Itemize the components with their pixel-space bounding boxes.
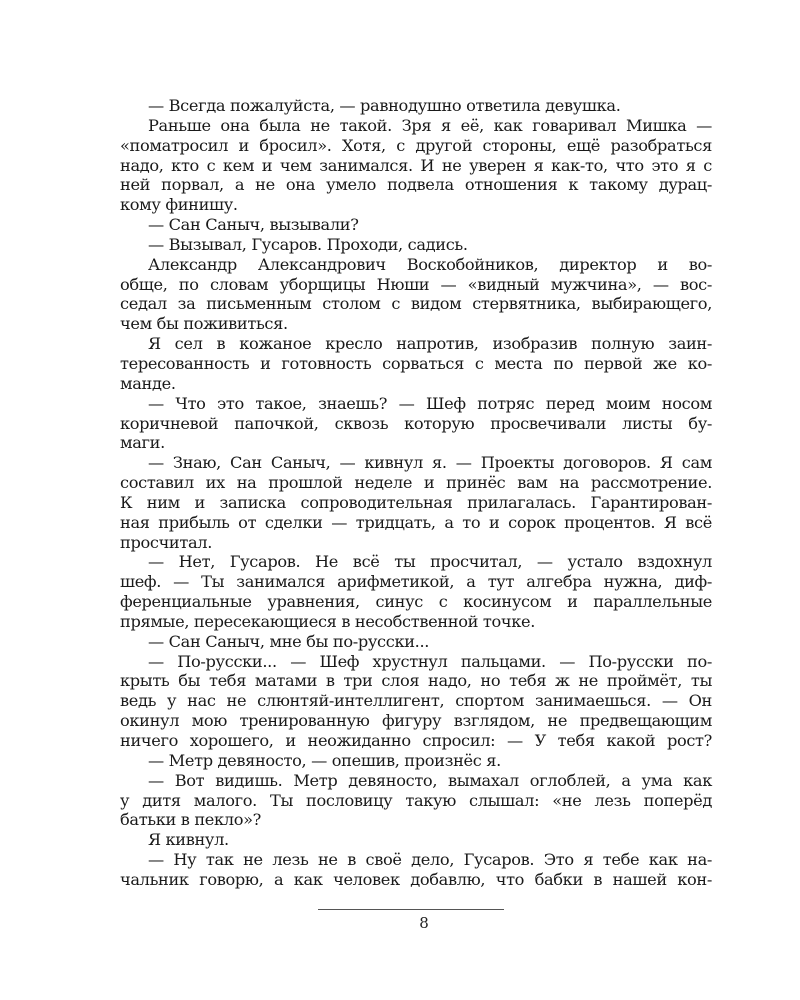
text-line: маги.: [120, 433, 712, 453]
paragraph-first-line: — Сан Саныч, мне бы по-русски...: [120, 632, 712, 652]
text-line: ная прибыль от сделки — тридцать, а то и…: [120, 513, 712, 533]
paragraph-first-line: — Что это такое, знаешь? — Шеф потряс пе…: [120, 394, 712, 414]
paragraph-first-line: — По-русски... — Шеф хрустнул пальцами. …: [120, 652, 712, 672]
text-line: прямые, пересекающиеся в несобственной т…: [120, 612, 712, 632]
text-line: ведь у нас не слюнтяй-интеллигент, спорт…: [120, 691, 712, 711]
paragraph-first-line: Я сел в кожаное кресло напротив, изобраз…: [120, 334, 712, 354]
text-line: батьки в пекло»?: [120, 810, 712, 830]
paragraph-first-line: Я кивнул.: [120, 830, 712, 850]
text-line: седал за письменным столом с видом стерв…: [120, 294, 712, 314]
text-line: составил их на прошлой неделе и принёс в…: [120, 473, 712, 493]
paragraph-first-line: — Вызывал, Гусаров. Проходи, садись.: [120, 235, 712, 255]
text-line: ней порвал, а не она умело подвела отнош…: [120, 175, 712, 195]
text-line: чальник говорю, а как человек добавлю, ч…: [120, 870, 712, 890]
text-line: тересованность и готовность сорваться с …: [120, 354, 712, 374]
paragraph-first-line: — Знаю, Сан Саныч, — кивнул я. — Проекты…: [120, 453, 712, 473]
paragraph-first-line: Александр Александрович Воскобойников, д…: [120, 255, 712, 275]
text-line: крыть бы тебя матами в три слоя надо, но…: [120, 671, 712, 691]
body-text: — Всегда пожалуйста, — равнодушно ответи…: [120, 96, 712, 890]
book-page: — Всегда пожалуйста, — равнодушно ответи…: [0, 0, 800, 1000]
text-line: коричневой папочкой, сквозь которую прос…: [120, 414, 712, 434]
paragraph-first-line: Раньше она была не такой. Зря я её, как …: [120, 116, 712, 136]
text-line: чем бы поживиться.: [120, 314, 712, 334]
text-line: кому финишу.: [120, 195, 712, 215]
page-number: 8: [400, 914, 448, 932]
text-line: надо, кто с кем и чем занимался. И не ув…: [120, 156, 712, 176]
text-line: шеф. — Ты занимался арифметикой, а тут а…: [120, 572, 712, 592]
paragraph-first-line: — Нет, Гусаров. Не всё ты просчитал, — у…: [120, 552, 712, 572]
text-line: К ним и записка сопроводительная прилага…: [120, 493, 712, 513]
text-line: «поматросил и бросил». Хотя, с другой ст…: [120, 136, 712, 156]
paragraph-first-line: — Ну так не лезь не в своё дело, Гусаров…: [120, 850, 712, 870]
paragraph-first-line: — Метр девяносто, — опешив, произнёс я.: [120, 751, 712, 771]
paragraph-first-line: — Сан Саныч, вызывали?: [120, 215, 712, 235]
paragraph-first-line: — Вот видишь. Метр девяносто, вымахал ог…: [120, 771, 712, 791]
text-line: окинул мою тренированную фигуру взглядом…: [120, 711, 712, 731]
footer-rule: [318, 909, 504, 910]
text-line: ференциальные уравнения, синус с косинус…: [120, 592, 712, 612]
text-line: у дитя малого. Ты пословицу такую слышал…: [120, 791, 712, 811]
text-line: просчитал.: [120, 533, 712, 553]
text-line: обще, по словам уборщицы Нюши — «видный …: [120, 275, 712, 295]
text-line: манде.: [120, 374, 712, 394]
text-line: ничего хорошего, и неожиданно спросил: —…: [120, 731, 712, 751]
paragraph-first-line: — Всегда пожалуйста, — равнодушно ответи…: [120, 96, 712, 116]
